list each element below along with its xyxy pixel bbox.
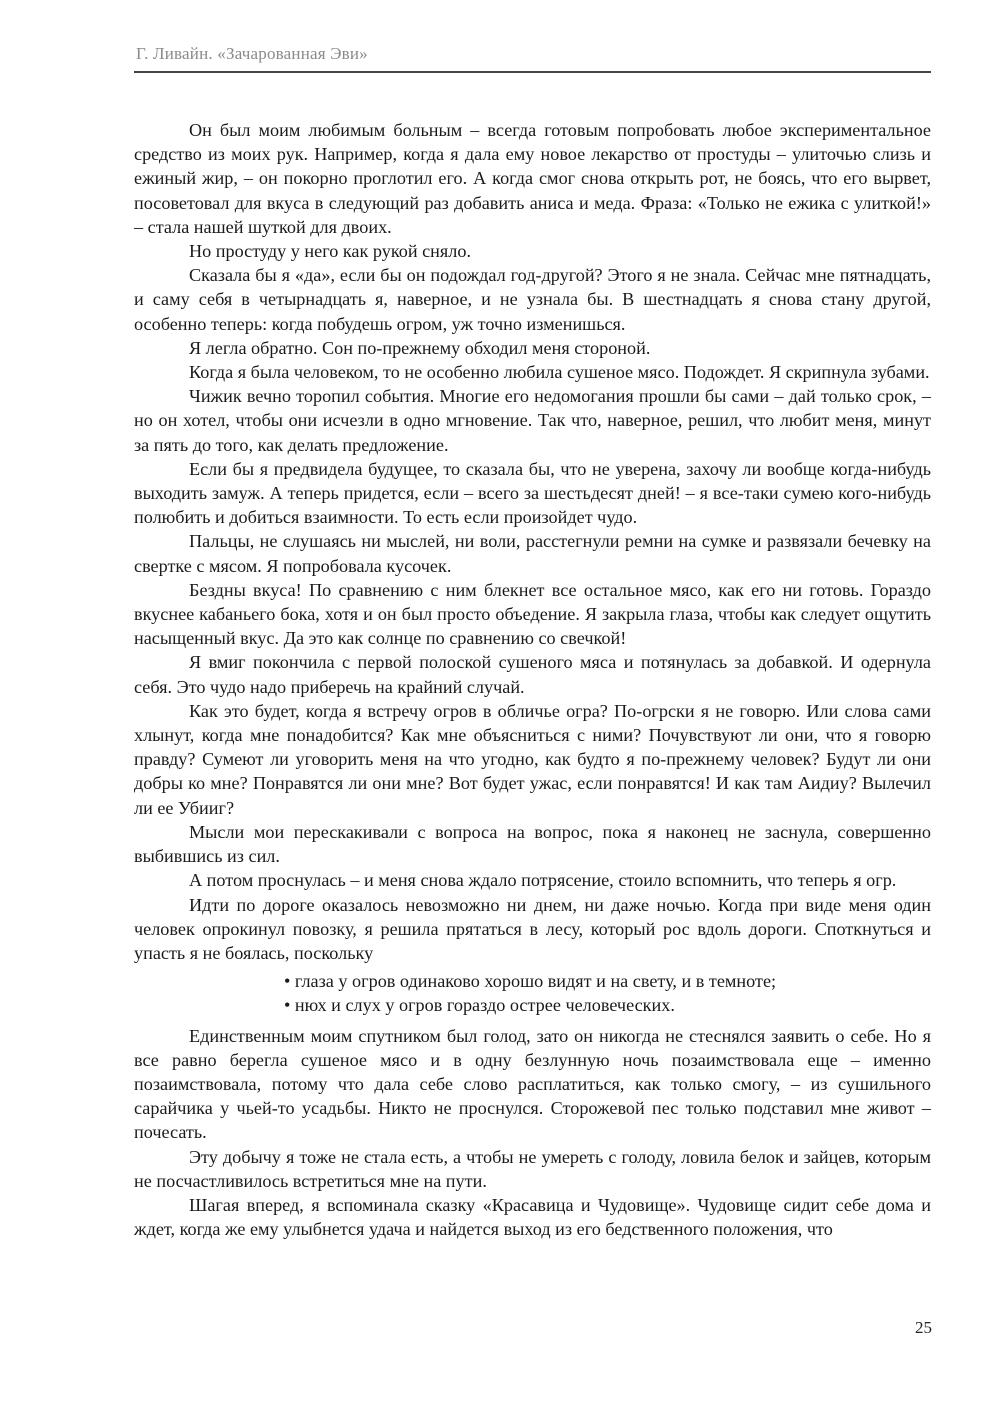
paragraph: Пальцы, не слушаясь ни мыслей, ни воли, … bbox=[134, 529, 931, 577]
paragraph: Бездны вкуса! По сравнению с ним блекнет… bbox=[134, 578, 931, 651]
paragraph: Шагая вперед, я вспоминала сказку «Краса… bbox=[134, 1193, 931, 1241]
header-divider bbox=[134, 71, 931, 73]
paragraph: Я легла обратно. Сон по-прежнему обходил… bbox=[134, 336, 931, 360]
paragraph: Идти по дороге оказалось невозможно ни д… bbox=[134, 893, 931, 966]
paragraph: Мысли мои перескакивали с вопроса на воп… bbox=[134, 820, 931, 868]
paragraph: Единственным моим спутником был голод, з… bbox=[134, 1024, 931, 1145]
paragraph: Я вмиг покончила с первой полоской сушен… bbox=[134, 650, 931, 698]
bullet-item: нюх и слух у огров гораздо острее челове… bbox=[284, 993, 931, 1017]
paragraph: Эту добычу я тоже не стала есть, а чтобы… bbox=[134, 1145, 931, 1193]
paragraph: А потом проснулась – и меня снова ждало … bbox=[134, 868, 931, 892]
paragraph: Когда я была человеком, то не особенно л… bbox=[134, 360, 931, 384]
paragraph: Как это будет, когда я встречу огров в о… bbox=[134, 699, 931, 820]
book-page: Г. Ливайн. «Зачарованная Эви» Он был мои… bbox=[0, 0, 1000, 1415]
paragraph: Сказала бы я «да», если бы он подождал г… bbox=[134, 263, 931, 336]
paragraph: Если бы я предвидела будущее, то сказала… bbox=[134, 457, 931, 530]
paragraph: Но простуду у него как рукой сняло. bbox=[134, 239, 931, 263]
body-text: Он был моим любимым больным – всегда гот… bbox=[134, 118, 931, 1241]
paragraph: Чижик вечно торопил события. Многие его … bbox=[134, 384, 931, 457]
bullet-item: глаза у огров одинаково хорошо видят и н… bbox=[284, 969, 931, 993]
paragraph: Он был моим любимым больным – всегда гот… bbox=[134, 118, 931, 239]
running-header-title: Г. Ливайн. «Зачарованная Эви» bbox=[136, 44, 932, 64]
bullet-list: глаза у огров одинаково хорошо видят и н… bbox=[134, 969, 931, 1017]
page-number: 25 bbox=[900, 1318, 932, 1338]
